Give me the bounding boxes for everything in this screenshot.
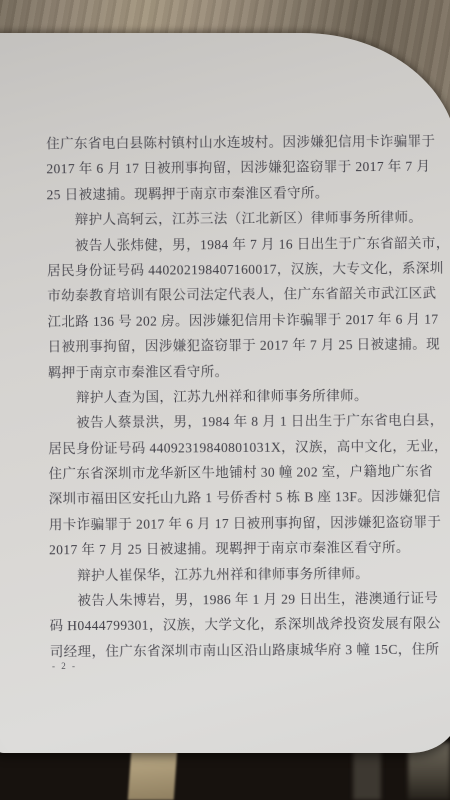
text-line: 辩护人查为国，江苏九州祥和律师事务所律师。 — [48, 383, 420, 411]
page-number: - 2 - — [52, 661, 77, 671]
gray-streak — [353, 748, 381, 800]
text-line: 深圳市福田区安托山九路 1 号侨香村 5 栋 B 座 13F。因涉嫌犯信 — [49, 484, 421, 512]
text-line: 司经理，住广东省深圳市南山区沿山路康城华府 3 幢 15C，住所 — [50, 637, 422, 665]
text-line: 2017 年 7 月 25 日被逮捕。现羁押于南京市秦淮区看守所。 — [49, 535, 421, 563]
document-photo: 住广东省电白县陈村镇村山水连坡村。因涉嫌犯信用卡诈骗罪于2017 年 6 月 1… — [0, 0, 450, 800]
text-line: 被告人蔡景洪，男，1984 年 8 月 1 日出生于广东省电白县， — [48, 408, 420, 436]
text-line: 居民身份证号码 440202198407160017，汉族，大专文化，系深圳 — [47, 256, 419, 284]
text-line: 用卡诈骗罪于 2017 年 6 月 17 日被刑事拘留，因涉嫌犯盗窃罪于 — [49, 510, 421, 538]
text-line: 辩护人崔保华，江苏九州祥和律师事务所律师。 — [49, 560, 421, 588]
text-line: 2017 年 6 月 17 日被刑事拘留，因涉嫌犯盗窃罪于 2017 年 7 月 — [46, 154, 418, 182]
text-line: 住广东省深圳市龙华新区牛地铺村 30 幢 202 室，户籍地广东省 — [48, 459, 420, 487]
text-line: 市幼泰教育培训有限公司法定代表人，住广东省韶关市武江区武 — [47, 281, 419, 309]
text-line: 居民身份证号码 44092319840801031X，汉族，高中文化，无业， — [48, 433, 420, 461]
text-line: 25 日被逮捕。现羁押于南京市秦淮区看守所。 — [46, 179, 418, 207]
text-line: 被告人朱博岩，男，1986 年 1 月 29 日出生，港澳通行证号 — [49, 586, 421, 614]
text-line: 辩护人高轲云，江苏三法（江北新区）律师事务所律师。 — [47, 205, 419, 233]
text-line: 日被刑事拘留，因涉嫌犯盗窃罪于 2017 年 7 月 25 日被逮捕。现 — [48, 332, 420, 360]
text-line: 江北路 136 号 202 房。因涉嫌犯信用卡诈骗罪于 2017 年 6 月 1… — [47, 306, 419, 334]
text-line: 羁押于南京市秦淮区看守所。 — [48, 357, 420, 385]
text-line: 住广东省电白县陈村镇村山水连坡村。因涉嫌犯信用卡诈骗罪于 — [46, 129, 418, 157]
document-lines: 住广东省电白县陈村镇村山水连坡村。因涉嫌犯信用卡诈骗罪于2017 年 6 月 1… — [46, 129, 422, 665]
text-line: 被告人张炜健，男，1984 年 7 月 16 日出生于广东省韶关市， — [47, 230, 419, 258]
text-line: 码 H0444799301，汉族，大学文化，系深圳战斧投资发展有限公 — [50, 611, 422, 639]
